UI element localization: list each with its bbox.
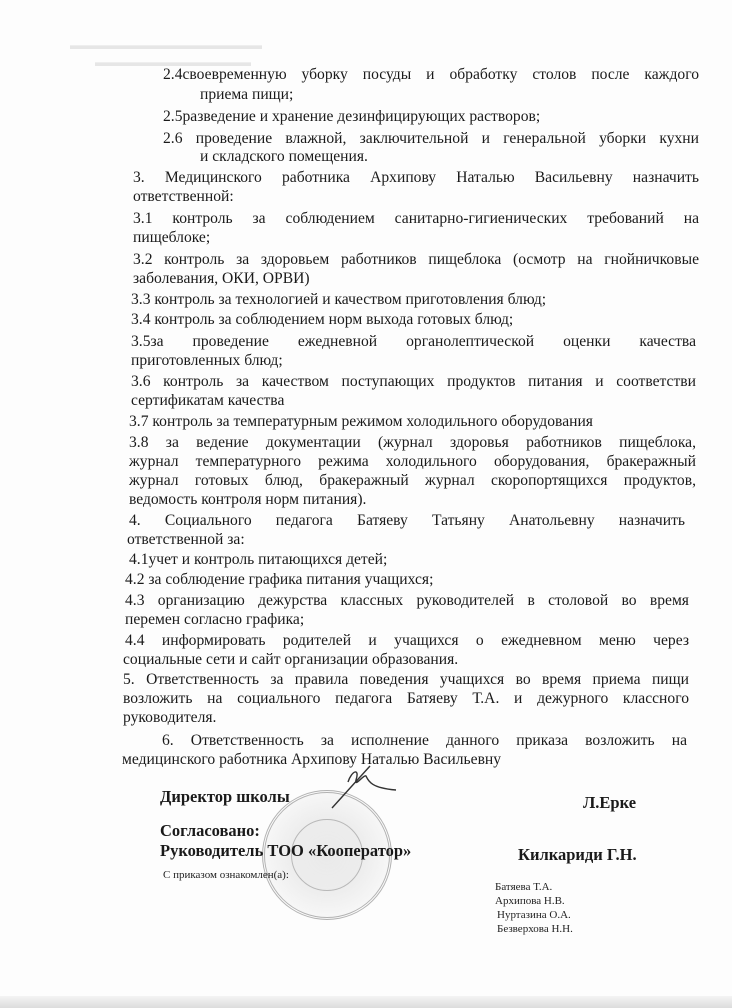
- item-text: 3.8 за ведение документации (журнал здор…: [129, 434, 696, 452]
- list-item-4-1: 4.1учет и контроль питающихся детей;: [129, 551, 387, 569]
- list-item-4-3: 4.3 организацию дежурства классных руков…: [125, 592, 689, 610]
- item-text: 3.1 контроль за соблюдением санитарно-ги…: [133, 210, 699, 228]
- director-title: Директор школы: [160, 787, 290, 807]
- list-item-2-4: 2.4своевременную уборку посуды и обработ…: [163, 66, 699, 84]
- item-number: 2.6: [163, 130, 183, 147]
- item-text: 4.4 информировать родителей и учащихся о…: [125, 632, 689, 650]
- acquainted-name: Безверхова Н.Н.: [497, 923, 573, 935]
- list-item-3-5: 3.5за проведение ежедневной органолептич…: [131, 333, 696, 351]
- list-item-3-6: 3.6 контроль за качеством поступающих пр…: [131, 373, 696, 391]
- document-page: ▬▬▬▬▬▬▬▬▬▬▬▬▬▬▬▬ ▬▬▬▬▬▬▬▬▬▬▬▬▬ 2.4своевр…: [0, 0, 732, 1008]
- list-item-2-6: 2.6 проведение влажной, заключительной и…: [163, 130, 699, 148]
- section-4-heading-cont: ответственной за:: [127, 531, 245, 549]
- acquainted-label: С приказом ознакомлен(а):: [163, 869, 289, 881]
- signature-mark: [330, 760, 400, 810]
- section-5: 5. Ответственность за правила поведения …: [123, 671, 689, 689]
- show-through-text: ▬▬▬▬▬▬▬▬▬▬▬▬▬▬▬▬: [70, 38, 262, 53]
- section-4-heading: 4. Социального педагога Батяеву Татьяну …: [129, 512, 685, 530]
- section-3-text: 3. Медицинского работника Архипову Натал…: [133, 169, 699, 187]
- list-item-2-4-cont: приема пищи;: [200, 86, 293, 104]
- list-item-3-8: 3.8 за ведение документации (журнал здор…: [129, 434, 696, 452]
- list-item-3-4: 3.4 контроль за соблюдением норм выхода …: [131, 311, 513, 329]
- list-item-3-7: 3.7 контроль за температурным режимом хо…: [129, 413, 593, 431]
- acquainted-name: Архипова Н.В.: [495, 895, 565, 907]
- item-text: 4.3 организацию дежурства классных руков…: [125, 592, 689, 610]
- director-name: Л.Ерке: [583, 793, 636, 813]
- list-item-4-3-cont: перемен согласно графика;: [125, 611, 304, 629]
- list-item-4-4: 4.4 информировать родителей и учащихся о…: [125, 632, 689, 650]
- list-item-4-4-cont: социальные сети и сайт организации образ…: [123, 651, 458, 669]
- section-3-heading-cont: ответственной:: [133, 188, 234, 206]
- item-number: 2.5: [163, 108, 183, 125]
- item-text: своевременную уборку посуды и обработку …: [183, 66, 700, 83]
- list-item-3-1: 3.1 контроль за соблюдением санитарно-ги…: [133, 210, 699, 228]
- list-item-3-6-cont: сертификатам качества: [131, 392, 284, 410]
- list-item-2-5: 2.5разведение и хранение дезинфицирующих…: [163, 108, 540, 126]
- list-item-3-2: 3.2 контроль за здоровьем работников пищ…: [133, 251, 699, 269]
- item-text: проведение влажной, заключительной и ген…: [196, 130, 699, 147]
- list-item-2-6-cont: и складского помещения.: [200, 148, 368, 166]
- section-5-cont: возложить на социального педагога Батяев…: [123, 690, 689, 708]
- list-item-4-2: 4.2 за соблюдение графика питания учащих…: [125, 571, 433, 589]
- list-item-3-2-cont: заболевания, ОКИ, ОРВИ): [133, 270, 310, 288]
- section-6: 6. Ответственность за исполнение данного…: [162, 732, 687, 750]
- section-5-cont: руководителя.: [123, 709, 216, 727]
- section-6-cont: медицинского работника Архипову Наталью …: [122, 751, 501, 769]
- list-item-3-1-cont: пищеблоке;: [133, 229, 210, 247]
- list-item-3-8-cont: журнал готовых блюд, бракеражный журнал …: [129, 472, 696, 490]
- item-text: журнал готовых блюд, бракеражный журнал …: [129, 472, 696, 490]
- acquainted-name: Нуртазина О.А.: [497, 909, 571, 921]
- section-3-heading: 3. Медицинского работника Архипову Натал…: [133, 169, 699, 187]
- list-item-3-5-cont: приготовленных блюд;: [131, 352, 283, 370]
- coop-head-name: Килкариди Г.Н.: [518, 845, 637, 865]
- section-6-text: 6. Ответственность за исполнение данного…: [162, 732, 687, 750]
- coop-head-title: Руководитель ТОО «Кооператор»: [160, 841, 411, 861]
- agreed-label: Согласовано:: [160, 821, 260, 841]
- item-number: 2.4: [163, 66, 183, 83]
- list-item-3-8-cont: журнал температурного режима холодильног…: [129, 453, 696, 471]
- item-text: 3.2 контроль за здоровьем работников пищ…: [133, 251, 699, 269]
- acquainted-name: Батяева Т.А.: [495, 881, 552, 893]
- list-item-3-3: 3.3 контроль за технологией и качеством …: [131, 291, 546, 309]
- item-text: журнал температурного режима холодильног…: [129, 453, 696, 471]
- item-text: 3.6 контроль за качеством поступающих пр…: [131, 373, 696, 391]
- section-4-text: 4. Социального педагога Батяеву Татьяну …: [129, 512, 685, 530]
- section-5-text: 5. Ответственность за правила поведения …: [123, 671, 689, 689]
- list-item-3-8-cont: ведомость контроля норм питания).: [129, 491, 366, 509]
- item-text: 3.5за проведение ежедневной органолептич…: [131, 333, 696, 351]
- item-text: разведение и хранение дезинфицирующих ра…: [183, 108, 541, 125]
- scan-edge: [0, 996, 732, 1008]
- section-5-text: возложить на социального педагога Батяев…: [123, 690, 689, 708]
